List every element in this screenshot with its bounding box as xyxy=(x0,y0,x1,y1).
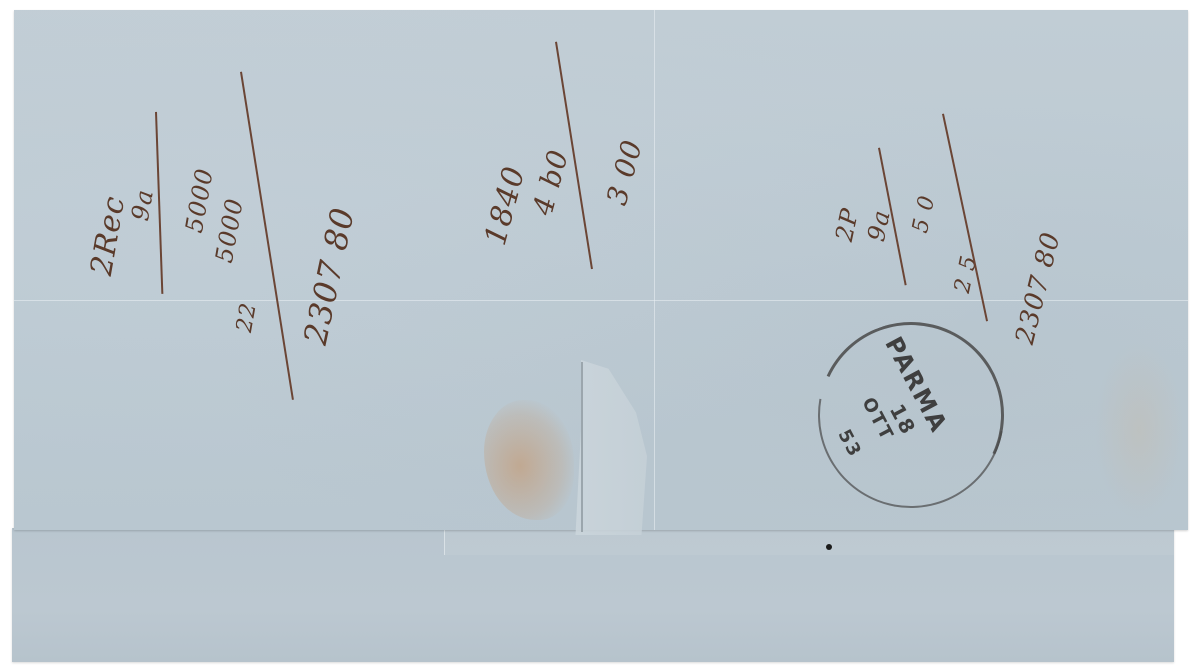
fold-crease xyxy=(14,300,1188,301)
ink-blot xyxy=(826,544,832,550)
back-flap xyxy=(444,528,1185,555)
edge-stain xyxy=(1094,340,1184,520)
letter-back-panel xyxy=(12,528,1174,662)
parma-postmark: PARMA 18 OTT 53 xyxy=(818,322,1004,508)
seal-tear xyxy=(559,360,669,535)
handwritten-note: 9a xyxy=(126,187,159,223)
letter-front-panel xyxy=(14,10,1188,530)
tear-edge xyxy=(581,362,583,532)
fold-crease xyxy=(654,10,655,530)
water-stain xyxy=(484,400,574,520)
handwritten-figure: 22 xyxy=(232,300,262,334)
